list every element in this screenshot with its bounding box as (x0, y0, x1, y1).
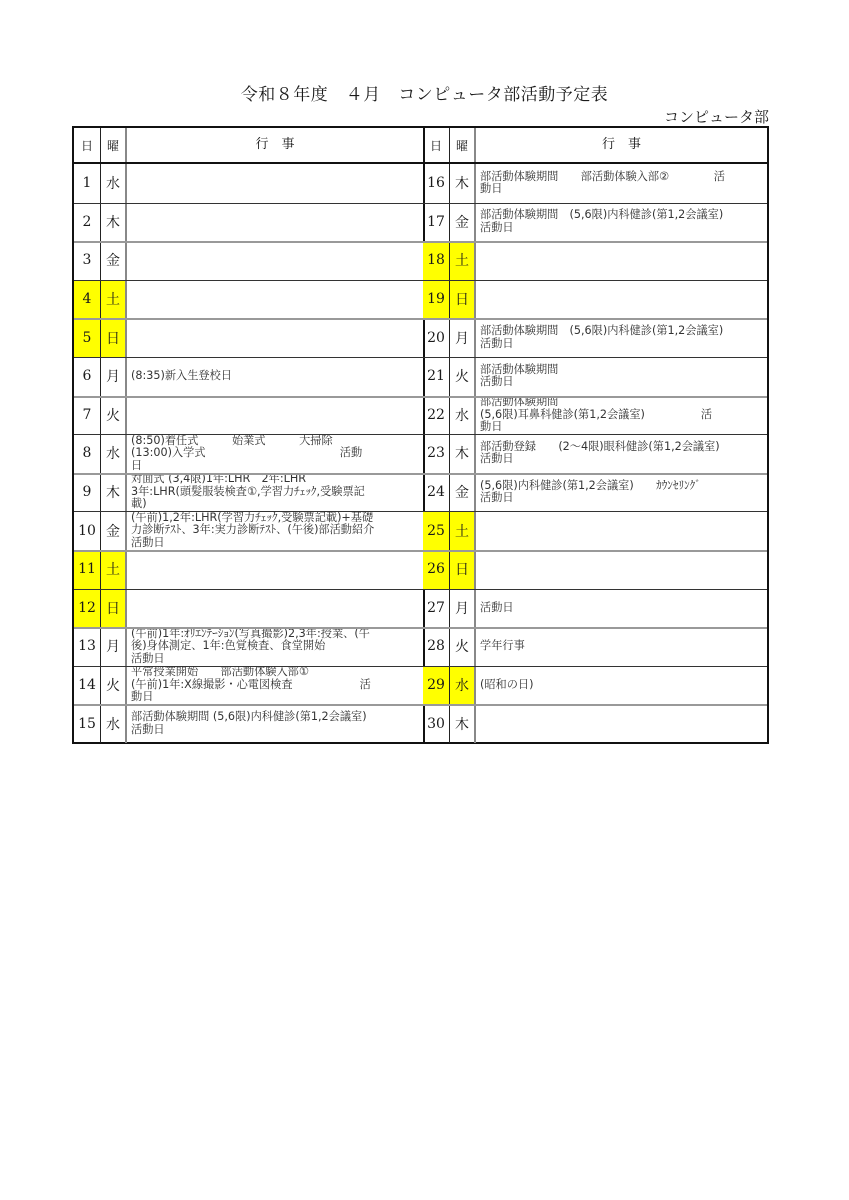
row-divider (74, 666, 423, 667)
header-event: 行 事 (127, 128, 423, 162)
event-cell (476, 704, 767, 743)
event-cell: 部活動登録 (2～4限)眼科健診(第1,2会議室) 活動日 (476, 434, 767, 473)
weekday-cell: 火 (101, 666, 127, 705)
header-weekday: 曜 (101, 128, 127, 162)
table-row: 30木 (423, 704, 767, 743)
row-divider (423, 203, 767, 204)
event-cell: (5,6限)内科健診(第1,2会議室) ｶｳﾝｾﾘﾝｸﾞ 活動日 (476, 473, 767, 512)
event-cell: 部活動体験期間 (5,6限)内科健診(第1,2会議室) 活動日 (127, 704, 423, 743)
row-divider (74, 511, 423, 512)
header-row: 日 曜 行 事 (74, 128, 423, 164)
day-cell: 22 (423, 396, 450, 435)
weekday-cell: 水 (101, 704, 127, 743)
table-row: 3金 (74, 241, 423, 280)
event-cell: (8:50)着任式 始業式 大掃除 (13:00)入学式 活動 日 (127, 434, 423, 473)
table-row: 20月部活動体験期間 (5,6限)内科健診(第1,2会議室) 活動日 (423, 318, 767, 357)
event-cell (476, 241, 767, 280)
weekday-cell: 土 (101, 550, 127, 589)
weekday-cell: 土 (450, 241, 476, 280)
header-row: 日 曜 行 事 (423, 128, 767, 164)
table-row: 21火部活動体験期間 活動日 (423, 357, 767, 396)
row-divider (74, 704, 423, 706)
day-cell: 14 (74, 666, 101, 705)
page-title: 令和８年度 ４月 コンピュータ部活動予定表 (0, 80, 849, 105)
row-divider (423, 241, 767, 243)
day-cell: 8 (74, 434, 101, 473)
row-divider (74, 318, 423, 320)
day-cell: 23 (423, 434, 450, 473)
row-divider (423, 357, 767, 358)
weekday-cell: 金 (450, 473, 476, 512)
row-divider (423, 550, 767, 552)
weekday-cell: 日 (101, 318, 127, 357)
row-divider (74, 589, 423, 590)
table-row: 17金部活動体験期間 (5,6限)内科健診(第1,2会議室) 活動日 (423, 203, 767, 242)
day-cell: 10 (74, 511, 101, 550)
day-cell: 3 (74, 241, 101, 280)
weekday-cell: 木 (101, 473, 127, 512)
table-row: 15水部活動体験期間 (5,6限)内科健診(第1,2会議室) 活動日 (74, 704, 423, 743)
event-cell: 部活動体験期間 部活動体験入部② 活 動日 (476, 164, 767, 203)
weekday-cell: 水 (450, 666, 476, 705)
table-row: 10金(午前)1,2年:LHR(学習力ﾁｪｯｸ,受験票記載)+基礎 力診断ﾃｽﾄ… (74, 511, 423, 550)
table-row: 22水部活動体験期間 (5,6限)耳鼻科健診(第1,2会議室) 活 動日 (423, 396, 767, 435)
weekday-cell: 月 (101, 627, 127, 666)
weekday-cell: 金 (101, 241, 127, 280)
day-cell: 17 (423, 203, 450, 242)
event-cell: (8:35)新入生登校日 (127, 357, 423, 396)
weekday-cell: 水 (101, 434, 127, 473)
weekday-cell: 月 (450, 589, 476, 628)
day-cell: 9 (74, 473, 101, 512)
event-cell: 部活動体験期間 (5,6限)内科健診(第1,2会議室) 活動日 (476, 203, 767, 242)
header-weekday: 曜 (450, 128, 476, 162)
weekday-cell: 水 (450, 396, 476, 435)
event-cell (127, 550, 423, 589)
weekday-cell: 火 (450, 357, 476, 396)
event-cell (127, 589, 423, 628)
day-cell: 11 (74, 550, 101, 589)
row-divider (423, 473, 767, 475)
row-divider (423, 627, 767, 629)
event-cell: 対面式 (3,4限)1年:LHR 2年:LHR 3年:LHR(頭髪服装検査①,学… (127, 473, 423, 512)
event-cell: 部活動体験期間 活動日 (476, 357, 767, 396)
day-cell: 26 (423, 550, 450, 589)
day-cell: 28 (423, 627, 450, 666)
table-row: 28火学年行事 (423, 627, 767, 666)
row-divider (423, 434, 767, 435)
weekday-cell: 日 (101, 589, 127, 628)
table-row: 12日 (74, 589, 423, 628)
table-row: 11土 (74, 550, 423, 589)
weekday-cell: 木 (450, 164, 476, 203)
event-cell: 学年行事 (476, 627, 767, 666)
day-cell: 30 (423, 704, 450, 743)
day-cell: 5 (74, 318, 101, 357)
day-cell: 15 (74, 704, 101, 743)
event-cell: (午前)1,2年:LHR(学習力ﾁｪｯｸ,受験票記載)+基礎 力診断ﾃｽﾄ、3年… (127, 511, 423, 550)
table-row: 16木部活動体験期間 部活動体験入部② 活 動日 (423, 164, 767, 203)
event-cell: (午前)1年:ｵﾘｴﾝﾃｰｼｮﾝ(写真撮影)2,3年:授業、(午 後)身体測定、… (127, 627, 423, 666)
event-cell (127, 318, 423, 357)
table-row: 26日 (423, 550, 767, 589)
row-divider (74, 550, 423, 552)
table-row: 14火平常授業開始 部活動体験入部① (午前)1年:X線撮影・心電図検査 活 動… (74, 666, 423, 705)
row-divider (423, 511, 767, 512)
schedule-right-half: 日 曜 行 事 16木部活動体験期間 部活動体験入部② 活 動日17金部活動体験… (423, 128, 767, 742)
table-row: 29水(昭和の日) (423, 666, 767, 705)
weekday-cell: 月 (101, 357, 127, 396)
table-row: 27月活動日 (423, 589, 767, 628)
row-divider (423, 704, 767, 706)
weekday-cell: 水 (101, 164, 127, 203)
day-cell: 27 (423, 589, 450, 628)
day-cell: 21 (423, 357, 450, 396)
weekday-cell: 木 (101, 203, 127, 242)
weekday-cell: 木 (450, 434, 476, 473)
event-cell: (昭和の日) (476, 666, 767, 705)
table-row: 23木部活動登録 (2～4限)眼科健診(第1,2会議室) 活動日 (423, 434, 767, 473)
day-cell: 13 (74, 627, 101, 666)
table-row: 25土 (423, 511, 767, 550)
weekday-cell: 日 (450, 550, 476, 589)
weekday-cell: 土 (450, 511, 476, 550)
weekday-cell: 木 (450, 704, 476, 743)
weekday-cell: 火 (450, 627, 476, 666)
table-row: 9木対面式 (3,4限)1年:LHR 2年:LHR 3年:LHR(頭髪服装検査①… (74, 473, 423, 512)
table-row: 4土 (74, 280, 423, 319)
event-cell: 部活動体験期間 (5,6限)内科健診(第1,2会議室) 活動日 (476, 318, 767, 357)
header-event: 行 事 (476, 128, 767, 162)
row-divider (423, 396, 767, 398)
table-row: 7火 (74, 396, 423, 435)
header-day: 日 (423, 128, 450, 162)
day-cell: 25 (423, 511, 450, 550)
event-cell: 平常授業開始 部活動体験入部① (午前)1年:X線撮影・心電図検査 活 動日 (127, 666, 423, 705)
day-cell: 20 (423, 318, 450, 357)
event-cell: 部活動体験期間 (5,6限)耳鼻科健診(第1,2会議室) 活 動日 (476, 396, 767, 435)
row-divider (74, 357, 423, 358)
table-row: 13月(午前)1年:ｵﾘｴﾝﾃｰｼｮﾝ(写真撮影)2,3年:授業、(午 後)身体… (74, 627, 423, 666)
day-cell: 18 (423, 241, 450, 280)
header-day: 日 (74, 128, 101, 162)
row-divider (423, 280, 767, 281)
schedule-left-half: 日 曜 行 事 1水2木3金4土5日6月(8:35)新入生登校日7火8水(8:5… (74, 128, 425, 742)
table-row: 6月(8:35)新入生登校日 (74, 357, 423, 396)
event-cell: 活動日 (476, 589, 767, 628)
row-divider (74, 203, 423, 204)
weekday-cell: 土 (101, 280, 127, 319)
event-cell (127, 396, 423, 435)
weekday-cell: 金 (450, 203, 476, 242)
row-divider (74, 434, 423, 435)
event-cell (127, 164, 423, 203)
row-divider (74, 627, 423, 629)
event-cell (127, 241, 423, 280)
weekday-cell: 月 (450, 318, 476, 357)
day-cell: 24 (423, 473, 450, 512)
row-divider (74, 396, 423, 398)
weekday-cell: 火 (101, 396, 127, 435)
table-row: 2木 (74, 203, 423, 242)
event-cell (476, 511, 767, 550)
event-cell (127, 280, 423, 319)
day-cell: 29 (423, 666, 450, 705)
day-cell: 7 (74, 396, 101, 435)
day-cell: 19 (423, 280, 450, 319)
row-divider (74, 280, 423, 281)
row-divider (74, 241, 423, 243)
day-cell: 4 (74, 280, 101, 319)
day-cell: 12 (74, 589, 101, 628)
weekday-cell: 日 (450, 280, 476, 319)
table-row: 5日 (74, 318, 423, 357)
table-row: 18土 (423, 241, 767, 280)
event-cell (127, 203, 423, 242)
schedule-table: 日 曜 行 事 1水2木3金4土5日6月(8:35)新入生登校日7火8水(8:5… (72, 126, 769, 744)
table-row: 8水(8:50)着任式 始業式 大掃除 (13:00)入学式 活動 日 (74, 434, 423, 473)
row-divider (423, 589, 767, 590)
row-divider (423, 318, 767, 320)
day-cell: 16 (423, 164, 450, 203)
table-row: 1水 (74, 164, 423, 203)
table-row: 19日 (423, 280, 767, 319)
department-label: コンピュータ部 (664, 106, 769, 127)
event-cell (476, 280, 767, 319)
day-cell: 6 (74, 357, 101, 396)
weekday-cell: 金 (101, 511, 127, 550)
table-row: 24金(5,6限)内科健診(第1,2会議室) ｶｳﾝｾﾘﾝｸﾞ 活動日 (423, 473, 767, 512)
day-cell: 1 (74, 164, 101, 203)
day-cell: 2 (74, 203, 101, 242)
event-cell (476, 550, 767, 589)
row-divider (74, 473, 423, 475)
row-divider (423, 666, 767, 667)
